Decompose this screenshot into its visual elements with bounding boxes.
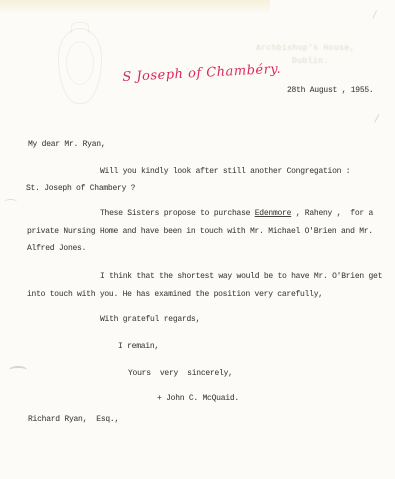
body-paragraph2-line3: Alfred Jones. <box>27 244 86 253</box>
body-paragraph3-line2: into touch with you. He has examined the… <box>27 290 323 299</box>
closing-regards: With grateful regards, <box>100 315 200 324</box>
scan-edge-tint <box>0 0 270 14</box>
salutation: My dear Mr. Ryan, <box>28 140 105 149</box>
letter-page: Archbishop's House, Dublin. S Joseph of … <box>0 0 395 479</box>
letterhead-line1: Archbishop's House, <box>256 44 355 53</box>
scan-smudge <box>9 366 27 374</box>
scan-smudge <box>374 114 384 125</box>
closing-sincerely: Yours very sincerely, <box>128 369 233 378</box>
closing-remain: I remain, <box>118 342 159 351</box>
body-paragraph1-line2: St. Joseph of Chambery ? <box>26 184 135 193</box>
recipient-name: Richard Ryan, Esq., <box>28 415 119 424</box>
embossed-crest-icon <box>58 28 102 104</box>
body-paragraph2-line1: These Sisters propose to purchase Edenmo… <box>100 209 373 218</box>
handwritten-annotation: S Joseph of Chambéry. <box>122 62 281 85</box>
body-paragraph3-line1: I think that the shortest way would be t… <box>100 272 382 281</box>
date-line: 28th August , 1955. <box>287 86 373 95</box>
underlined-word-edenmore: Edenmore <box>255 209 291 218</box>
paragraph2-line1-pre: These Sisters propose to purchase <box>100 209 255 218</box>
signature: + John C. McQuaid. <box>157 394 239 403</box>
body-paragraph2-line2: private Nursing Home and have been in to… <box>27 227 373 236</box>
body-paragraph1-line1: Will you kindly look after still another… <box>100 167 350 176</box>
scan-smudge <box>4 199 17 205</box>
paragraph2-line1-post: , Raheny , for a <box>291 209 373 218</box>
scan-smudge <box>372 10 381 21</box>
letterhead-line2: Dublin. <box>292 57 328 66</box>
